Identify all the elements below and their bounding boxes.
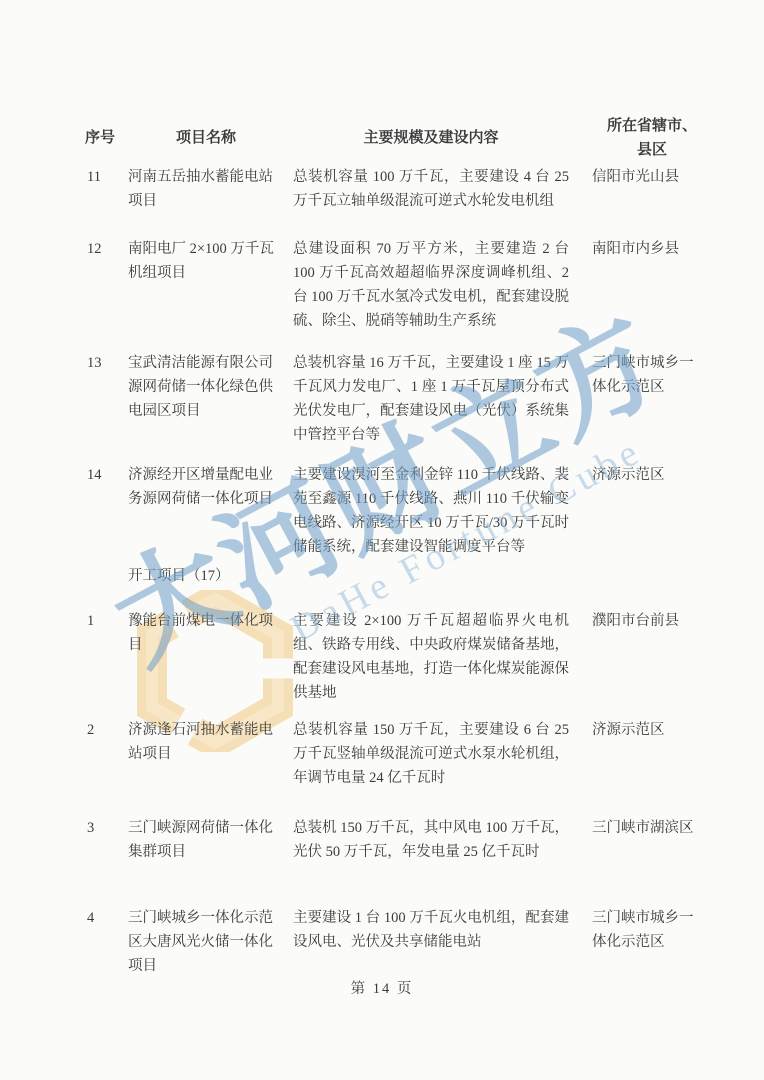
header-cell-name: 项目名称 <box>128 126 293 150</box>
project-region: 三门峡市城乡一体化示范区 <box>592 351 722 447</box>
table-row: 1 豫能台前煤电一体化项目 主要建设 2×100 万千瓦超超临界火电机组、铁路专… <box>0 609 764 705</box>
project-name: 济源逢石河抽水蓄能电站项目 <box>128 718 293 790</box>
table-row: 12 南阳电厂 2×100 万千瓦机组项目 总建设面积 70 万平方米，主要建造… <box>0 237 764 333</box>
project-content: 主要建设湨河至金利金锌 110 千伏线路、裴苑至鑫源 110 千伏线路、燕川 1… <box>293 463 592 559</box>
table-row: 11 河南五岳抽水蓄能电站项目 总装机容量 100 万千瓦，主要建设 4 台 2… <box>0 165 764 213</box>
project-name: 宝武清洁能源有限公司源网荷储一体化绿色供电园区项目 <box>128 351 293 447</box>
project-region: 南阳市内乡县 <box>592 237 722 333</box>
project-content: 总装机 150 万千瓦，其中风电 100 万千瓦，光伏 50 万千瓦，年发电量 … <box>293 816 592 864</box>
row-number: 12 <box>85 237 128 333</box>
project-name: 豫能台前煤电一体化项目 <box>128 609 293 705</box>
header-cell-region: 所在省辖市、县区 <box>592 114 722 162</box>
header-cell-content: 主要规模及建设内容 <box>293 126 592 150</box>
row-number: 4 <box>85 906 128 978</box>
table-row: 2 济源逢石河抽水蓄能电站项目 总装机容量 150 万千瓦，主要建设 6 台 2… <box>0 718 764 790</box>
table-row: 13 宝武清洁能源有限公司源网荷储一体化绿色供电园区项目 总装机容量 16 万千… <box>0 351 764 447</box>
row-number: 11 <box>85 165 128 213</box>
section-heading: 开工项目（17） <box>128 564 230 588</box>
header-cell-region-label: 所在省辖市、县区 <box>603 114 701 162</box>
project-name: 济源经开区增量配电业务源网荷储一体化项目 <box>128 463 293 559</box>
project-region: 济源示范区 <box>592 463 722 559</box>
project-content: 总建设面积 70 万平方米，主要建造 2 台 100 万千瓦高效超超临界深度调峰… <box>293 237 592 333</box>
project-region: 三门峡市湖滨区 <box>592 816 722 864</box>
table-row: 14 济源经开区增量配电业务源网荷储一体化项目 主要建设湨河至金利金锌 110 … <box>0 463 764 559</box>
project-region: 信阳市光山县 <box>592 165 722 213</box>
project-content: 总装机容量 16 万千瓦，主要建设 1 座 15 万千瓦风力发电厂、1 座 1 … <box>293 351 592 447</box>
project-name: 三门峡源网荷储一体化集群项目 <box>128 816 293 864</box>
project-region: 三门峡市城乡一体化示范区 <box>592 906 722 978</box>
project-content: 总装机容量 100 万千瓦，主要建设 4 台 25 万千瓦立轴单级混流可逆式水轮… <box>293 165 592 213</box>
project-content: 总装机容量 150 万千瓦，主要建设 6 台 25 万千瓦竖轴单级混流可逆式水泵… <box>293 718 592 790</box>
header-cell-no: 序号 <box>85 126 128 150</box>
table-row: 3 三门峡源网荷储一体化集群项目 总装机 150 万千瓦，其中风电 100 万千… <box>0 816 764 864</box>
project-content: 主要建设 1 台 100 万千瓦火电机组，配套建设风电、光伏及共享储能电站 <box>293 906 592 978</box>
row-number: 14 <box>85 463 128 559</box>
row-number: 2 <box>85 718 128 790</box>
page-number: 第 14 页 <box>0 977 764 1001</box>
table-row: 4 三门峡城乡一体化示范区大唐风光火储一体化项目 主要建设 1 台 100 万千… <box>0 906 764 978</box>
row-number: 13 <box>85 351 128 447</box>
document-page: 序号 项目名称 主要规模及建设内容 所在省辖市、县区 11 河南五岳抽水蓄能电站… <box>0 0 764 1080</box>
project-name: 河南五岳抽水蓄能电站项目 <box>128 165 293 213</box>
project-region: 济源示范区 <box>592 718 722 790</box>
project-name: 南阳电厂 2×100 万千瓦机组项目 <box>128 237 293 333</box>
project-name: 三门峡城乡一体化示范区大唐风光火储一体化项目 <box>128 906 293 978</box>
project-content: 主要建设 2×100 万千瓦超超临界火电机组、铁路专用线、中央政府煤炭储备基地，… <box>293 609 592 705</box>
project-region: 濮阳市台前县 <box>592 609 722 705</box>
table-header: 序号 项目名称 主要规模及建设内容 所在省辖市、县区 <box>0 114 764 162</box>
row-number: 3 <box>85 816 128 864</box>
row-number: 1 <box>85 609 128 705</box>
